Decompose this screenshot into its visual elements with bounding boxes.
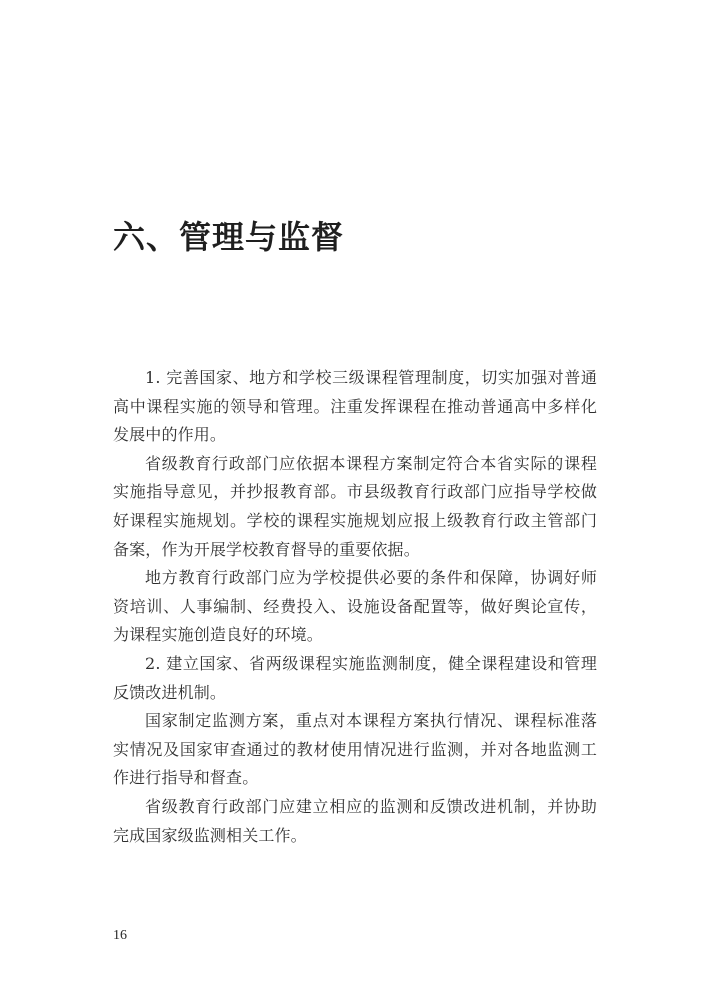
body-text: 1. 完善国家、地方和学校三级课程管理制度，切实加强对普通高中课程实施的领导和管… <box>113 364 597 850</box>
document-page: 六、管理与监督 1. 完善国家、地方和学校三级课程管理制度，切实加强对普通高中课… <box>0 0 718 1005</box>
paragraph-6: 省级教育行政部门应建立相应的监测和反馈改进机制，并协助完成国家级监测相关工作。 <box>113 793 597 850</box>
paragraph-5: 国家制定监测方案，重点对本课程方案执行情况、课程标准落实情况及国家审查通过的教材… <box>113 707 597 793</box>
section-title: 六、管理与监督 <box>113 217 344 257</box>
paragraph-3: 地方教育行政部门应为学校提供必要的条件和保障，协调好师资培训、人事编制、经费投入… <box>113 564 597 650</box>
paragraph-1: 1. 完善国家、地方和学校三级课程管理制度，切实加强对普通高中课程实施的领导和管… <box>113 364 597 450</box>
page-number: 16 <box>113 928 127 944</box>
paragraph-4: 2. 建立国家、省两级课程实施监测制度，健全课程建设和管理反馈改进机制。 <box>113 650 597 707</box>
paragraph-2: 省级教育行政部门应依据本课程方案制定符合本省实际的课程实施指导意见，并抄报教育部… <box>113 450 597 564</box>
